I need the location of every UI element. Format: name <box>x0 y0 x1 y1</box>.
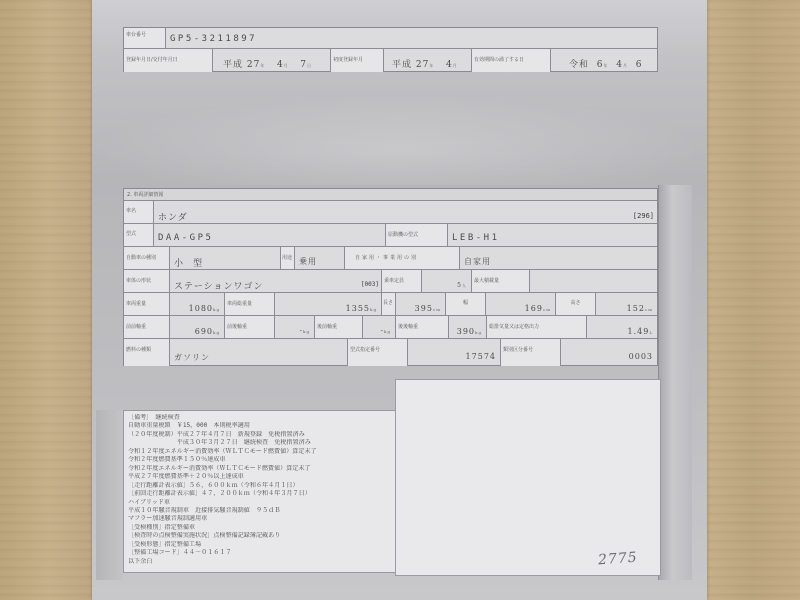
model-label-cell: 型式 <box>124 224 154 246</box>
vehicle-detail-sheet: 2. 車両詳細情報 車名 ホンダ [296] 型式 DAA-GP5 原動機の型式… <box>123 188 658 366</box>
model-label: 型式 <box>124 224 153 246</box>
capacity-value-cell: 5人 <box>422 270 472 292</box>
remarks-line: 令和２年度エネルギー消費効率（ＷＬＴＣモード燃費値）算定未了 <box>128 465 391 473</box>
weight-label: 車両重量 <box>124 293 169 315</box>
max-load <box>530 270 657 274</box>
rear-axle-label: 後後軸重 <box>396 316 448 338</box>
first-year-label-cell: 初度登録年月 <box>331 49 384 72</box>
displacement-label: 総排気量又は定格出力 <box>487 316 586 338</box>
maker-code: [296] <box>633 212 654 220</box>
length: 395 <box>415 304 433 313</box>
front-axle-value-cell: 690kg <box>170 316 225 338</box>
category-no-label-cell: 類別区分番号 <box>501 339 561 366</box>
category-no-value-cell: 0003 <box>561 339 657 366</box>
section-title: 2. 車両詳細情報 <box>124 189 657 201</box>
remarks-line: （２０年度税制）平成２７年４月７日 新規登録 免税措置済み <box>128 431 391 439</box>
maker-value-cell: ホンダ [296] <box>154 201 657 223</box>
engine-value-cell: LEB-H1 <box>448 224 657 246</box>
rear-axle-label-cell: 後後軸重 <box>396 316 449 338</box>
remarks-line: 平成３０年３月２７日 継続検査 免税措置済み <box>128 439 391 447</box>
capacity-unit: 人 <box>462 283 467 288</box>
expiry-value: 令和 6年 4月 6 <box>551 49 657 72</box>
month: 4 <box>446 60 453 70</box>
expiry-label: 有効期間の満了する日 <box>472 49 550 72</box>
year: 27 <box>416 60 429 70</box>
day: 6 <box>636 60 643 70</box>
use-value-cell: 乗用 <box>295 247 345 269</box>
height-label: 高さ <box>556 293 595 315</box>
capacity-label: 乗車定員 <box>382 270 421 292</box>
sleeve-edge <box>658 185 692 580</box>
first-year-value: 平成 27年 4月 <box>384 49 472 72</box>
gross-label-cell: 車両総重量 <box>225 293 275 315</box>
use-label-cell: 用途 <box>281 247 295 269</box>
max-load-value-cell <box>530 270 657 292</box>
private-value-cell: 自家用 <box>460 247 657 269</box>
category-value-cell: 小型 <box>170 247 281 269</box>
day-unit: 日 <box>307 63 312 68</box>
month: 4 <box>616 60 623 70</box>
era: 令和 <box>569 60 589 70</box>
fuel-label-cell: 燃料の種類 <box>124 339 170 366</box>
model: DAA-GP5 <box>154 224 385 245</box>
era: 平成 <box>223 60 243 70</box>
weight-value-cell: 1080kg <box>170 293 225 315</box>
handwritten-number: 2775 <box>598 550 639 569</box>
height-value-cell: 152cm <box>596 293 657 315</box>
private-label-cell: 自家用・事業用の別 <box>345 247 460 269</box>
front-axle-unit: kg <box>213 330 220 335</box>
fuel-label: 燃料の種類 <box>124 339 169 366</box>
category-label-cell: 自動車の種別 <box>124 247 170 269</box>
month-unit: 月 <box>453 63 458 68</box>
front-rear-unit: kg <box>303 329 310 334</box>
maker-label: 車名 <box>124 201 153 223</box>
displacement-label-cell: 総排気量又は定格出力 <box>487 316 587 338</box>
remarks-line: ［走行距離計表示値］５６，６００ｋｍ（令和６年４月１日） <box>128 482 391 490</box>
rear-front-label-cell: 後前軸重 <box>315 316 363 338</box>
width-label: 幅 <box>446 293 485 315</box>
body: ステーションワゴン <box>170 270 381 292</box>
use-label: 用途 <box>281 247 294 269</box>
rear-front-label: 後前軸重 <box>315 316 362 338</box>
remarks-sheet: ［備考］ 継続検査自動車重量税額 ￥15，000 本則税率適用（２０年度税制）平… <box>123 410 396 573</box>
rear-axle: 390 <box>457 327 475 336</box>
first-year-label: 初度登録年月 <box>331 49 383 72</box>
month: 4 <box>277 60 284 70</box>
remarks-line: ［検査時の点検整備実施状況］点検整備記録簿記載あり <box>128 532 391 540</box>
type-cert: 17574 <box>408 339 500 363</box>
expiry-label-cell: 有効期間の満了する日 <box>472 49 551 72</box>
front-axle-label: 前前軸重 <box>124 316 169 338</box>
private-label: 自家用・事業用の別 <box>345 247 459 269</box>
remarks-line: ハイブリッド車 <box>128 499 391 507</box>
type-cert-label: 型式指定番号 <box>348 339 407 366</box>
sleeve-left-edge <box>96 410 123 580</box>
engine-label: 原動機の型式 <box>386 224 447 246</box>
chassis-value-cell: GP5-3211897 <box>166 28 657 48</box>
chassis-label-cell: 車台番号 <box>124 28 166 48</box>
capacity-label-cell: 乗車定員 <box>382 270 422 292</box>
gross-label: 車両総重量 <box>225 293 274 315</box>
front-axle: 690 <box>195 327 213 336</box>
remarks-line: 令和２年度燃費基準１５０％達成車 <box>128 456 391 464</box>
rear-axle-value-cell: 390kg <box>449 316 487 338</box>
category-no: 0003 <box>561 339 657 363</box>
front-axle-label-cell: 前前軸重 <box>124 316 170 338</box>
type-cert-label-cell: 型式指定番号 <box>348 339 408 366</box>
front-rear-label: 前後軸重 <box>225 316 274 338</box>
year-unit: 年 <box>603 63 608 68</box>
weight-unit: kg <box>213 307 220 312</box>
year: 27 <box>247 60 260 70</box>
first-reg-value: 平成 27年 4月 7日 <box>213 49 331 72</box>
type-cert-value-cell: 17574 <box>408 339 501 366</box>
gross-unit: kg <box>370 307 377 312</box>
remarks-line: ［整備工場コード］４４－０１６１７ <box>128 549 391 557</box>
height: 152 <box>627 304 645 313</box>
engine-label-cell: 原動機の型式 <box>386 224 448 246</box>
chassis-number: GP5-3211897 <box>166 28 657 46</box>
first-reg-label-cell: 登録年月日/交付年月日 <box>124 49 213 72</box>
length-label-cell: 長さ <box>382 293 396 315</box>
rear-front-unit: kg <box>384 329 391 334</box>
remarks-line: ［前回走行距離計表示値］４７，２００ｋｍ（令和４年３月７日） <box>128 490 391 498</box>
width-label-cell: 幅 <box>446 293 486 315</box>
day: 7 <box>300 60 307 70</box>
gross-value-cell: 1355kg <box>275 293 382 315</box>
body-label-cell: 車体の形状 <box>124 270 170 292</box>
rear-axle-unit: kg <box>475 330 482 335</box>
length-unit: cm <box>433 307 441 312</box>
remarks-line: 平成１０年騒音規制車 近接排気騒音規制値 ９５ｄＢ <box>128 507 391 515</box>
body-code: [003] <box>361 281 379 288</box>
weight: 1080 <box>189 304 213 313</box>
year-unit: 年 <box>429 63 434 68</box>
displacement-unit: L <box>649 330 653 335</box>
era: 平成 <box>392 60 412 70</box>
gross: 1355 <box>346 304 370 313</box>
remarks-line: ［受検形態］指定整備工場 <box>128 541 391 549</box>
height-unit: cm <box>645 307 653 312</box>
fuel: ガソリン <box>170 339 347 365</box>
max-load-label: 最大積載量 <box>472 270 529 292</box>
registration-sheet: 車台番号 GP5-3211897 登録年月日/交付年月日 平成 27年 4月 7… <box>123 27 658 72</box>
length-value-cell: 395cm <box>396 293 446 315</box>
remarks-lines: ［備考］ 継続検査自動車重量税額 ￥15，000 本則税率適用（２０年度税制）平… <box>128 414 391 566</box>
year-unit: 年 <box>260 63 265 68</box>
height-label-cell: 高さ <box>556 293 596 315</box>
model-value-cell: DAA-GP5 <box>154 224 386 246</box>
rear-front-value-cell: -kg <box>363 316 396 338</box>
width-unit: cm <box>543 307 551 312</box>
weight-label-cell: 車両重量 <box>124 293 170 315</box>
remarks-line: 平成２７年度燃費基準＋２０％以上達成車 <box>128 473 391 481</box>
body-label: 車体の形状 <box>124 270 169 292</box>
remarks-line: 自動車重量税額 ￥15，000 本則税率適用 <box>128 422 391 430</box>
maker: ホンダ <box>154 201 657 223</box>
remarks-line: ［受検種別］指定整備車 <box>128 524 391 532</box>
length-label: 長さ <box>382 293 395 315</box>
width: 169 <box>525 304 543 313</box>
month-unit: 月 <box>284 63 289 68</box>
fuel-value-cell: ガソリン <box>170 339 348 366</box>
month-unit: 月 <box>623 63 628 68</box>
remarks-line: 以下余白 <box>128 558 391 566</box>
max-load-label-cell: 最大積載量 <box>472 270 530 292</box>
chassis-label: 車台番号 <box>124 28 165 48</box>
body-value-cell: ステーションワゴン [003] <box>170 270 382 292</box>
displacement: 1.49 <box>628 327 650 336</box>
maker-label-cell: 車名 <box>124 201 154 223</box>
engine: LEB-H1 <box>448 224 657 245</box>
category-label: 自動車の種別 <box>124 247 169 269</box>
displacement-value-cell: 1.49L <box>587 316 657 338</box>
front-rear-value-cell: -kg <box>275 316 315 338</box>
use: 乗用 <box>295 247 344 269</box>
width-value-cell: 169cm <box>486 293 556 315</box>
blank-sheet: 2775 <box>395 379 661 576</box>
remarks-line: 令和１２年度エネルギー消費効率（ＷＬＴＣモード燃費値）算定未了 <box>128 448 391 456</box>
remarks-line: マフラー加速騒音規制適用車 <box>128 515 391 523</box>
category: 小型 <box>170 247 280 269</box>
front-rear-label-cell: 前後軸重 <box>225 316 275 338</box>
first-reg-label: 登録年月日/交付年月日 <box>124 49 212 72</box>
remarks-line: ［備考］ 継続検査 <box>128 414 391 422</box>
category-no-label: 類別区分番号 <box>501 339 560 366</box>
private: 自家用 <box>460 247 657 269</box>
